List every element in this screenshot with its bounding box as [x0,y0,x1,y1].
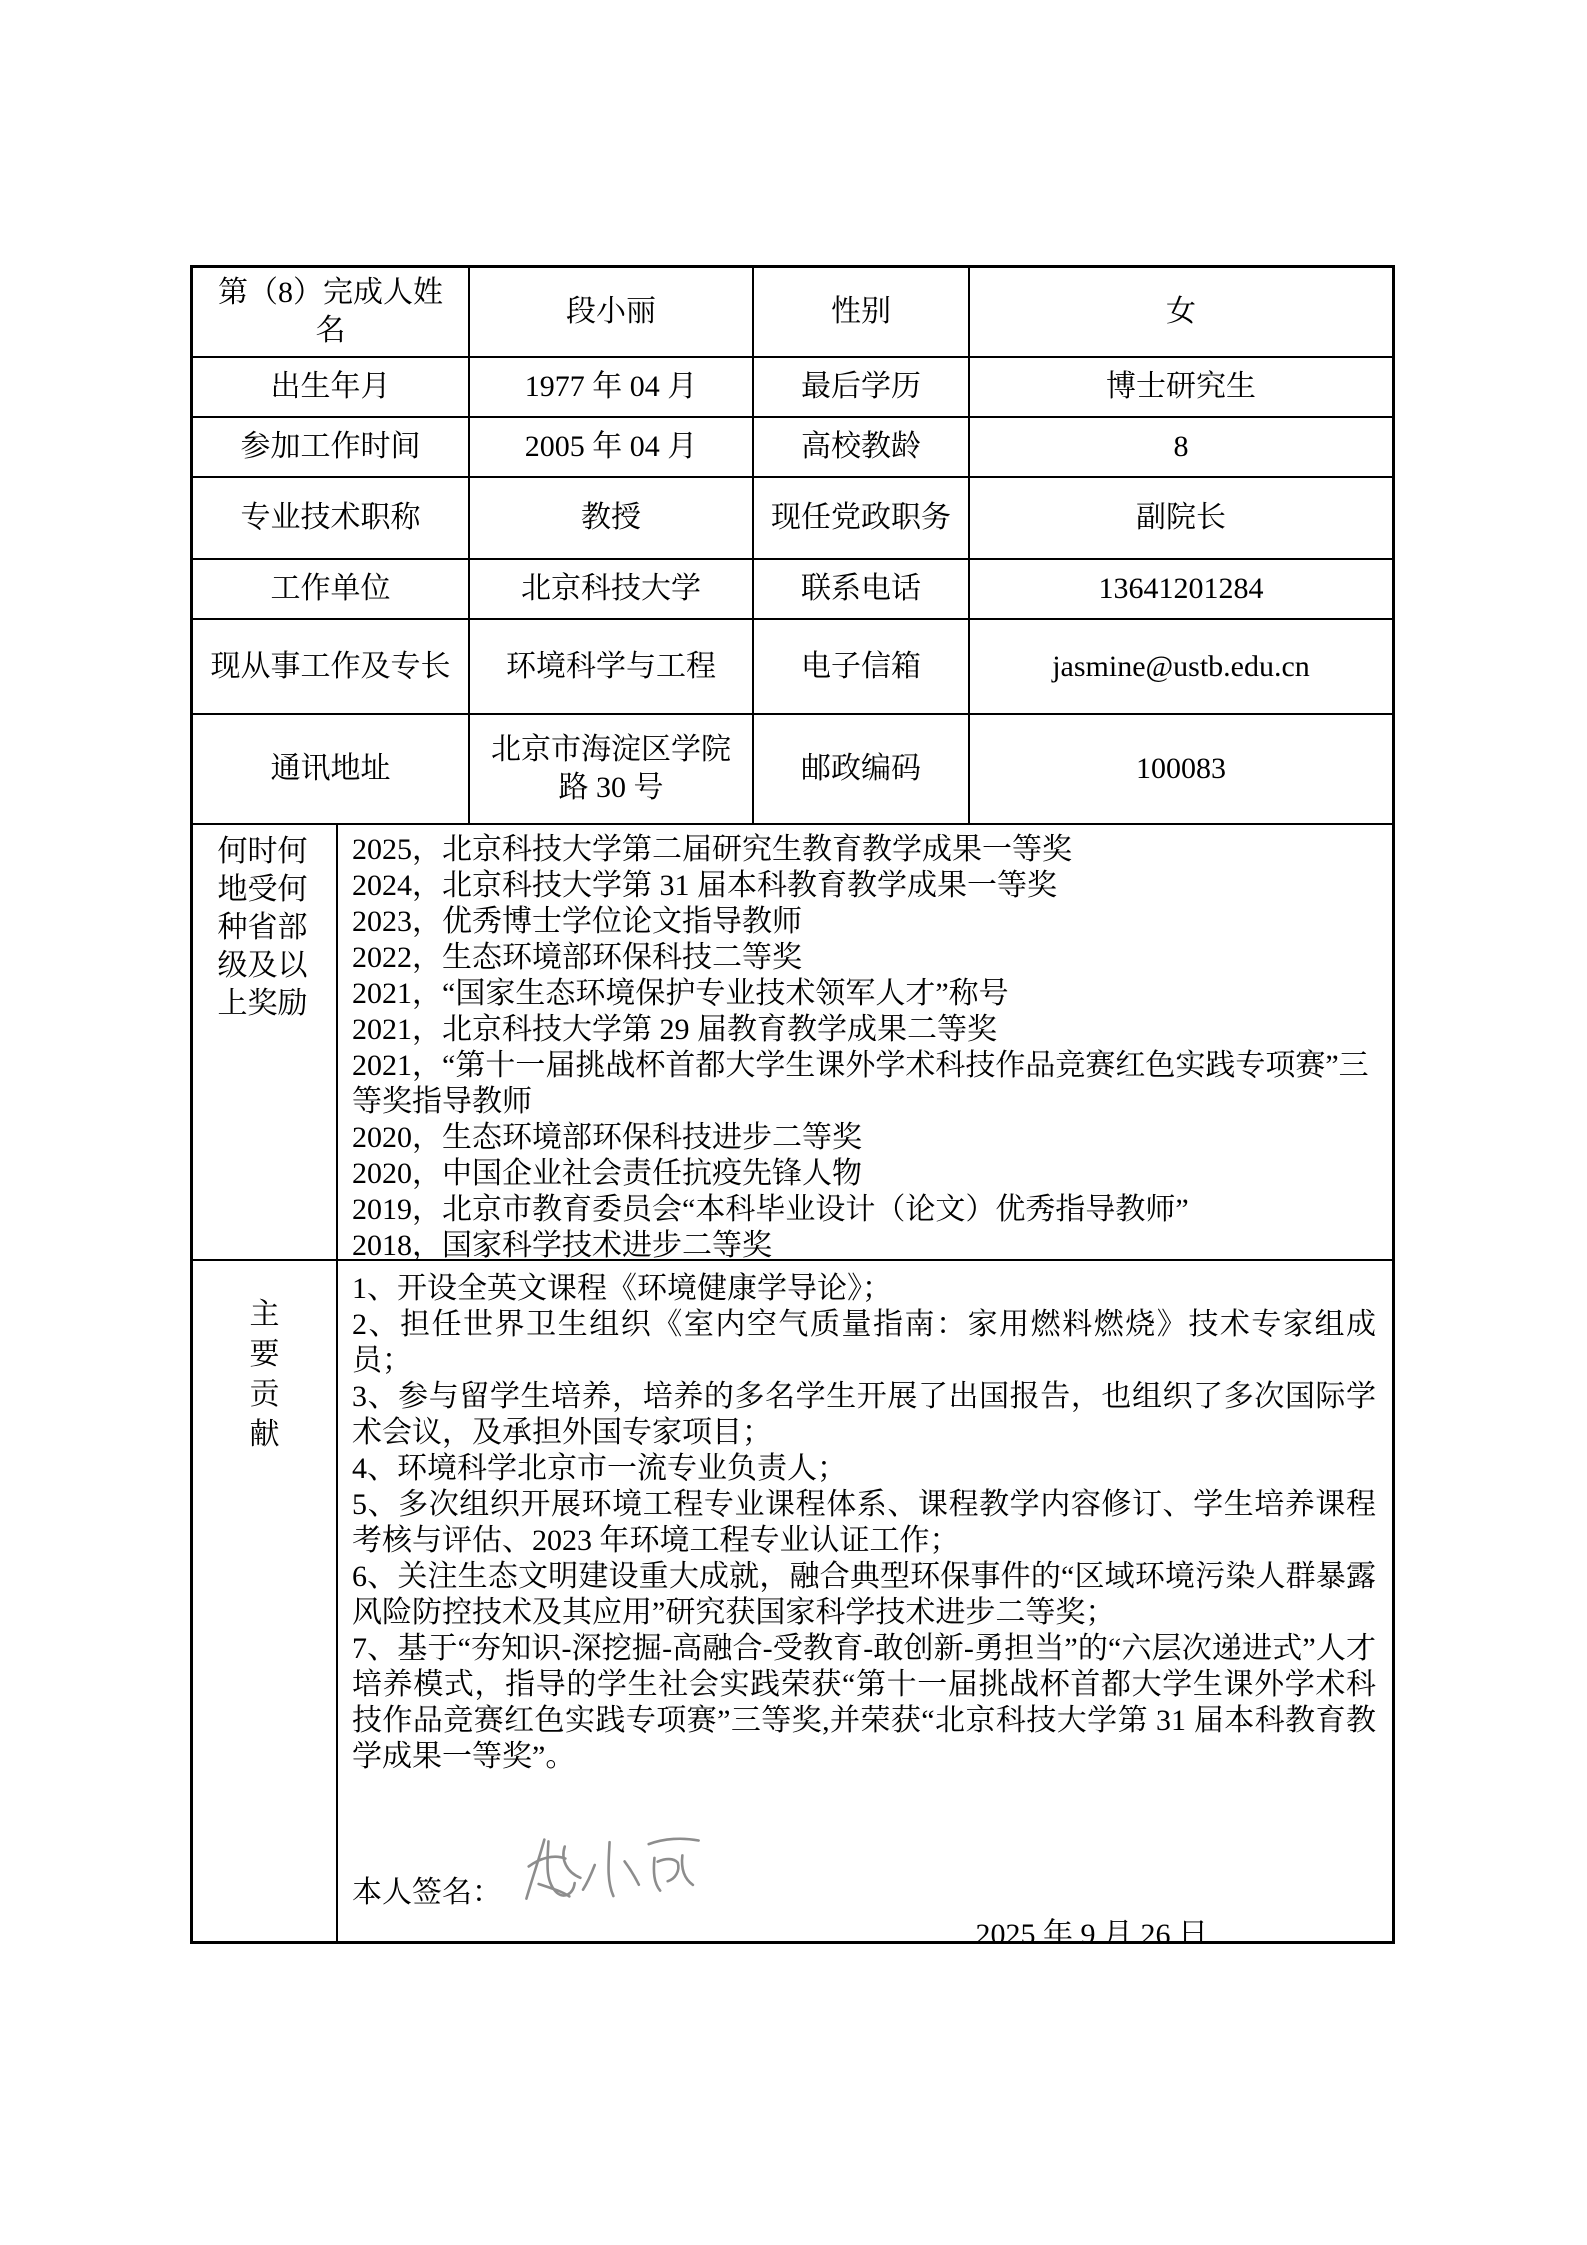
contribution-item: 3、参与留学生培养，培养的多名学生开展了出国报告，也组织了多次国际学术会议，及承… [352,1379,1376,1451]
field-label-postal-code: 邮政编码 [754,715,970,825]
contribution-item: 4、环境科学北京市一流专业负责人； [352,1451,1376,1487]
field-label-mailing-address: 通讯地址 [193,715,470,825]
awards-list: 2025，北京科技大学第二届研究生教育教学成果一等奖 2024，北京科技大学第 … [338,825,1392,1261]
field-label-last-degree: 最后学历 [754,358,970,418]
field-label-email: 电子信箱 [754,620,970,715]
field-label-current-specialty: 现从事工作及专长 [193,620,470,715]
field-value-teaching-years: 8 [970,418,1392,478]
field-value-completer-name: 段小丽 [470,268,754,358]
award-item: 2025，北京科技大学第二届研究生教育教学成果一等奖 [352,832,1376,868]
field-label-completer-name: 第（8）完成人姓名 [193,268,470,358]
award-item: 2020，中国企业社会责任抗疫先锋人物 [352,1156,1376,1192]
contributions-row: 主要贡献 1、开设全英文课程《环境健康学导论》； 2、担任世界卫生组织《室内空气… [193,1261,1392,1941]
field-label-birth-date: 出生年月 [193,358,470,418]
field-value-party-position: 副院长 [970,478,1392,560]
award-item: 2021，“国家生态环境保护专业技术领军人才”称号 [352,976,1376,1012]
award-item: 2021，“第十一届挑战杯首都大学生课外学术科技作品竞赛红色实践专项赛”三等奖指… [352,1048,1376,1120]
info-table: 第（8）完成人姓名 段小丽 性别 女 出生年月 1977 年 04 月 最后学历… [190,265,1395,1944]
field-value-postal-code: 100083 [970,715,1392,825]
field-label-gender: 性别 [754,268,970,358]
award-item: 2023，优秀博士学位论文指导教师 [352,904,1376,940]
contributions-list: 1、开设全英文课程《环境健康学导论》； 2、担任世界卫生组织《室内空气质量指南：… [338,1261,1392,1941]
field-value-phone: 13641201284 [970,560,1392,620]
contribution-item: 6、关注生态文明建设重大成就，融合典型环保事件的“区域环境污染人群暴露风险防控技… [352,1559,1376,1631]
field-value-employer: 北京科技大学 [470,560,754,620]
award-item: 2024，北京科技大学第 31 届本科教育教学成果一等奖 [352,868,1376,904]
contribution-item: 5、多次组织开展环境工程专业课程体系、课程教学内容修订、学生培养课程考核与评估、… [352,1487,1376,1559]
handwritten-signature-image [512,1817,717,1922]
signature-block: 本人签名： [352,1813,1376,1913]
field-label-work-start: 参加工作时间 [193,418,470,478]
field-label-professional-title: 专业技术职称 [193,478,470,560]
awards-label-cell: 何时何地受何种省部级及以上奖励 [193,825,338,1261]
field-value-current-specialty: 环境科学与工程 [470,620,754,715]
field-label-party-position: 现任党政职务 [754,478,970,560]
field-value-gender: 女 [970,268,1392,358]
award-item: 2018，国家科学技术进步二等奖 [352,1228,1376,1261]
field-label-employer: 工作单位 [193,560,470,620]
awards-row: 何时何地受何种省部级及以上奖励 2025，北京科技大学第二届研究生教育教学成果一… [193,825,1392,1261]
signature-label: 本人签名： [352,1873,502,1913]
field-value-work-start: 2005 年 04 月 [470,418,754,478]
field-value-professional-title: 教授 [470,478,754,560]
field-value-last-degree: 博士研究生 [970,358,1392,418]
contributions-label-cell: 主要贡献 [193,1261,338,1941]
award-item: 2021，北京科技大学第 29 届教育教学成果二等奖 [352,1012,1376,1048]
field-value-email: jasmine@ustb.edu.cn [970,620,1392,715]
award-item: 2020，生态环境部环保科技进步二等奖 [352,1120,1376,1156]
contributions-label: 主要贡献 [249,1295,281,1455]
signature-date: 2025 年 9 月 26 日 [352,1917,1376,1941]
award-item: 2019，北京市教育委员会“本科毕业设计（论文）优秀指导教师” [352,1192,1376,1228]
contribution-item: 7、基于“夯知识-深挖掘-高融合-受教育-敢创新-勇担当”的“六层次递进式”人才… [352,1631,1376,1775]
field-value-mailing-address: 北京市海淀区学院路 30 号 [470,715,754,825]
contribution-item: 2、担任世界卫生组织《室内空气质量指南：家用燃料燃烧》技术专家组成员； [352,1307,1376,1379]
contribution-item: 1、开设全英文课程《环境健康学导论》； [352,1271,1376,1307]
field-label-phone: 联系电话 [754,560,970,620]
personal-info-grid: 第（8）完成人姓名 段小丽 性别 女 出生年月 1977 年 04 月 最后学历… [193,268,1392,825]
field-value-birth-date: 1977 年 04 月 [470,358,754,418]
field-label-teaching-years: 高校教龄 [754,418,970,478]
award-item: 2022，生态环境部环保科技二等奖 [352,940,1376,976]
awards-label: 何时何地受何种省部级及以上奖励 [218,833,312,1023]
document-page: 第（8）完成人姓名 段小丽 性别 女 出生年月 1977 年 04 月 最后学历… [0,0,1587,2245]
